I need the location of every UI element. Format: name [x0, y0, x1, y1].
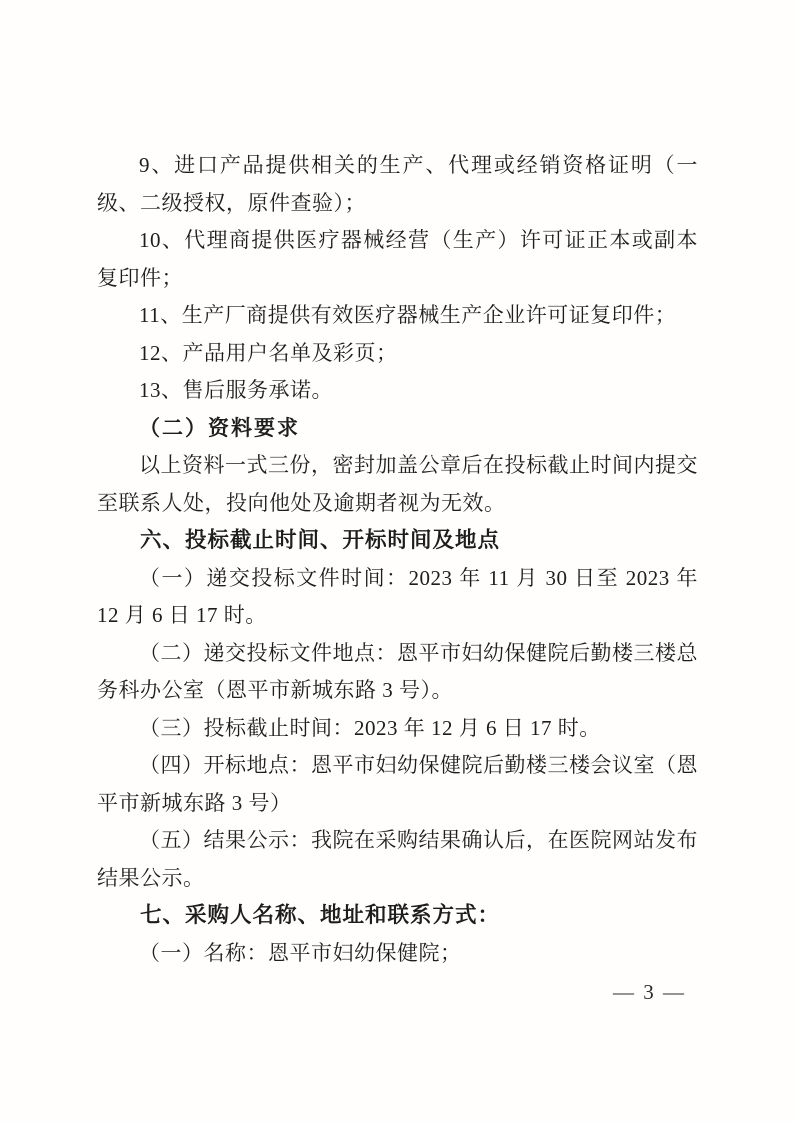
- para-deadline: （三）投标截止时间：2023 年 12 月 6 日 17 时。: [97, 710, 698, 748]
- list-item-11: 11、生产厂商提供有效医疗器械生产企业许可证复印件；: [97, 297, 698, 335]
- list-item-13: 13、售后服务承诺。: [97, 372, 698, 410]
- para-open-place: （四）开标地点：恩平市妇幼保健院后勤楼三楼会议室（恩平市新城东路 3 号）: [97, 747, 698, 822]
- subheading-materials: （二）资料要求: [97, 410, 698, 448]
- para-purchaser-name: （一）名称：恩平市妇幼保健院；: [97, 935, 698, 973]
- page-number-footer: — 3 —: [0, 980, 686, 1005]
- heading-section-6: 六、投标截止时间、开标时间及地点: [97, 522, 698, 560]
- list-item-12: 12、产品用户名单及彩页；: [97, 335, 698, 373]
- document-body: 9、进口产品提供相关的生产、代理或经销资格证明（一级、二级授权，原件查验）； 1…: [97, 147, 698, 972]
- para-result-publish: （五）结果公示：我院在采购结果确认后，在医院网站发布结果公示。: [97, 822, 698, 897]
- list-item-9: 9、进口产品提供相关的生产、代理或经销资格证明（一级、二级授权，原件查验）；: [97, 147, 698, 222]
- para-materials-note: 以上资料一式三份，密封加盖公章后在投标截止时间内提交至联系人处，投向他处及逾期者…: [97, 447, 698, 522]
- para-submit-time: （一）递交投标文件时间：2023 年 11 月 30 日至 2023 年 12 …: [97, 560, 698, 635]
- list-item-10: 10、代理商提供医疗器械经营（生产）许可证正本或副本复印件；: [97, 222, 698, 297]
- para-submit-place: （二）递交投标文件地点：恩平市妇幼保健院后勤楼三楼总务科办公室（恩平市新城东路 …: [97, 635, 698, 710]
- document-page: 9、进口产品提供相关的生产、代理或经销资格证明（一级、二级授权，原件查验）； 1…: [0, 0, 794, 1123]
- heading-section-7: 七、采购人名称、地址和联系方式：: [97, 897, 698, 935]
